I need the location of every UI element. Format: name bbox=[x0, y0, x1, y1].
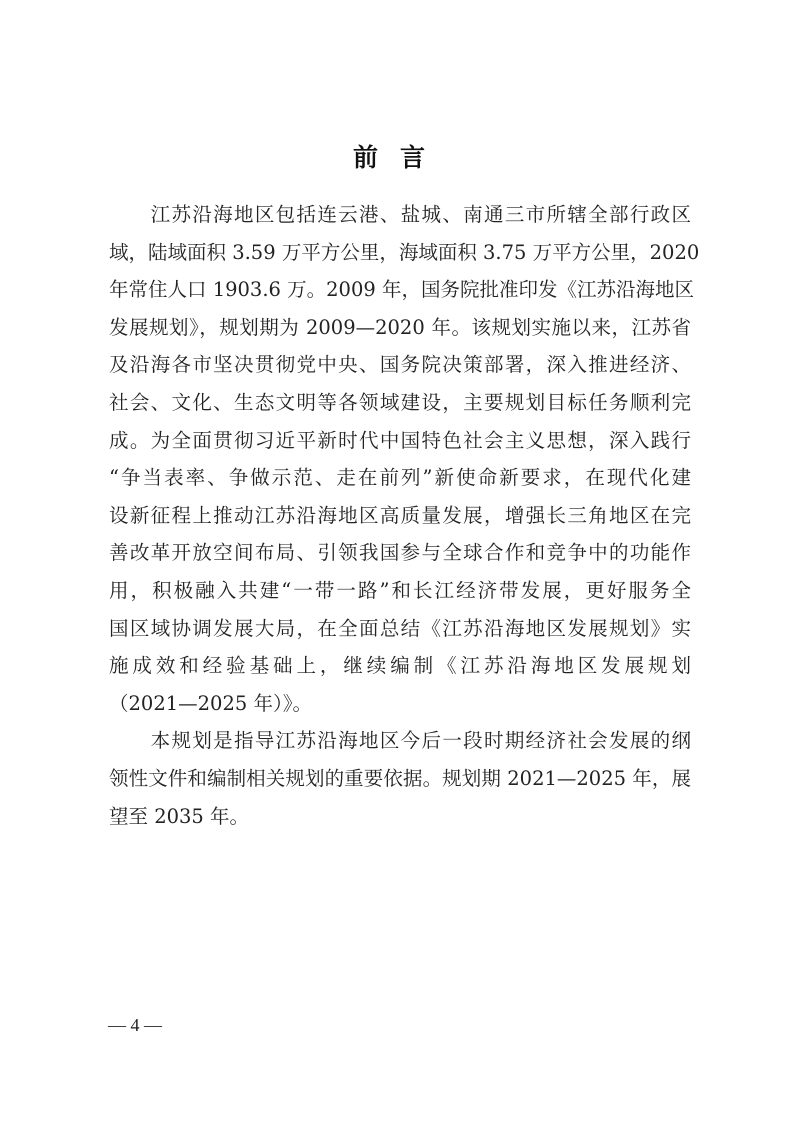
document-body: 江苏沿海地区包括连云港、盐城、南通三市所辖全部行政区 域，陆域面积 3.59 万… bbox=[109, 196, 691, 835]
page-number: — 4 — bbox=[108, 1015, 162, 1036]
text-line: 国区域协调发展大局，在全面总结《江苏沿海地区发展规划》实 bbox=[109, 610, 691, 648]
text-line: 本规划是指导江苏沿海地区今后一段时期经济社会发展的纲 bbox=[109, 722, 691, 760]
text-line: 用，积极融入共建“一带一路”和长江经济带发展，更好服务全 bbox=[109, 572, 691, 610]
text-line: 设新征程上推动江苏沿海地区高质量发展，增强长三角地区在完 bbox=[109, 497, 691, 535]
paragraph-2: 本规划是指导江苏沿海地区今后一段时期经济社会发展的纲 领性文件和编制相关规划的重… bbox=[109, 722, 691, 835]
text-line: （2021—2025 年）》。 bbox=[109, 685, 691, 723]
paragraph-1: 江苏沿海地区包括连云港、盐城、南通三市所辖全部行政区 域，陆域面积 3.59 万… bbox=[109, 196, 691, 722]
text-line: 善改革开放空间布局、引领我国参与全球合作和竞争中的功能作 bbox=[109, 534, 691, 572]
text-line: 成。为全面贯彻习近平新时代中国特色社会主义思想，深入践行 bbox=[109, 422, 691, 460]
text-line: 及沿海各市坚决贯彻党中央、国务院决策部署，深入推进经济、 bbox=[109, 346, 691, 384]
text-line: 领性文件和编制相关规划的重要依据。规划期 2021—2025 年，展 bbox=[109, 760, 691, 798]
text-line: 施成效和经验基础上，继续编制《江苏沿海地区发展规划 bbox=[109, 647, 691, 685]
text-line: 年常住人口 1903.6 万。2009 年，国务院批准印发《江苏沿海地区 bbox=[109, 271, 691, 309]
text-line: “争当表率、争做示范、走在前列”新使命新要求，在现代化建 bbox=[109, 459, 691, 497]
page-title: 前言 bbox=[0, 138, 800, 174]
text-line: 望至 2035 年。 bbox=[109, 798, 691, 836]
text-line: 域，陆域面积 3.59 万平方公里，海域面积 3.75 万平方公里，2020 bbox=[109, 234, 691, 272]
text-line: 江苏沿海地区包括连云港、盐城、南通三市所辖全部行政区 bbox=[109, 196, 691, 234]
text-line: 社会、文化、生态文明等各领域建设，主要规划目标任务顺利完 bbox=[109, 384, 691, 422]
text-line: 发展规划》，规划期为 2009—2020 年。该规划实施以来，江苏省 bbox=[109, 309, 691, 347]
